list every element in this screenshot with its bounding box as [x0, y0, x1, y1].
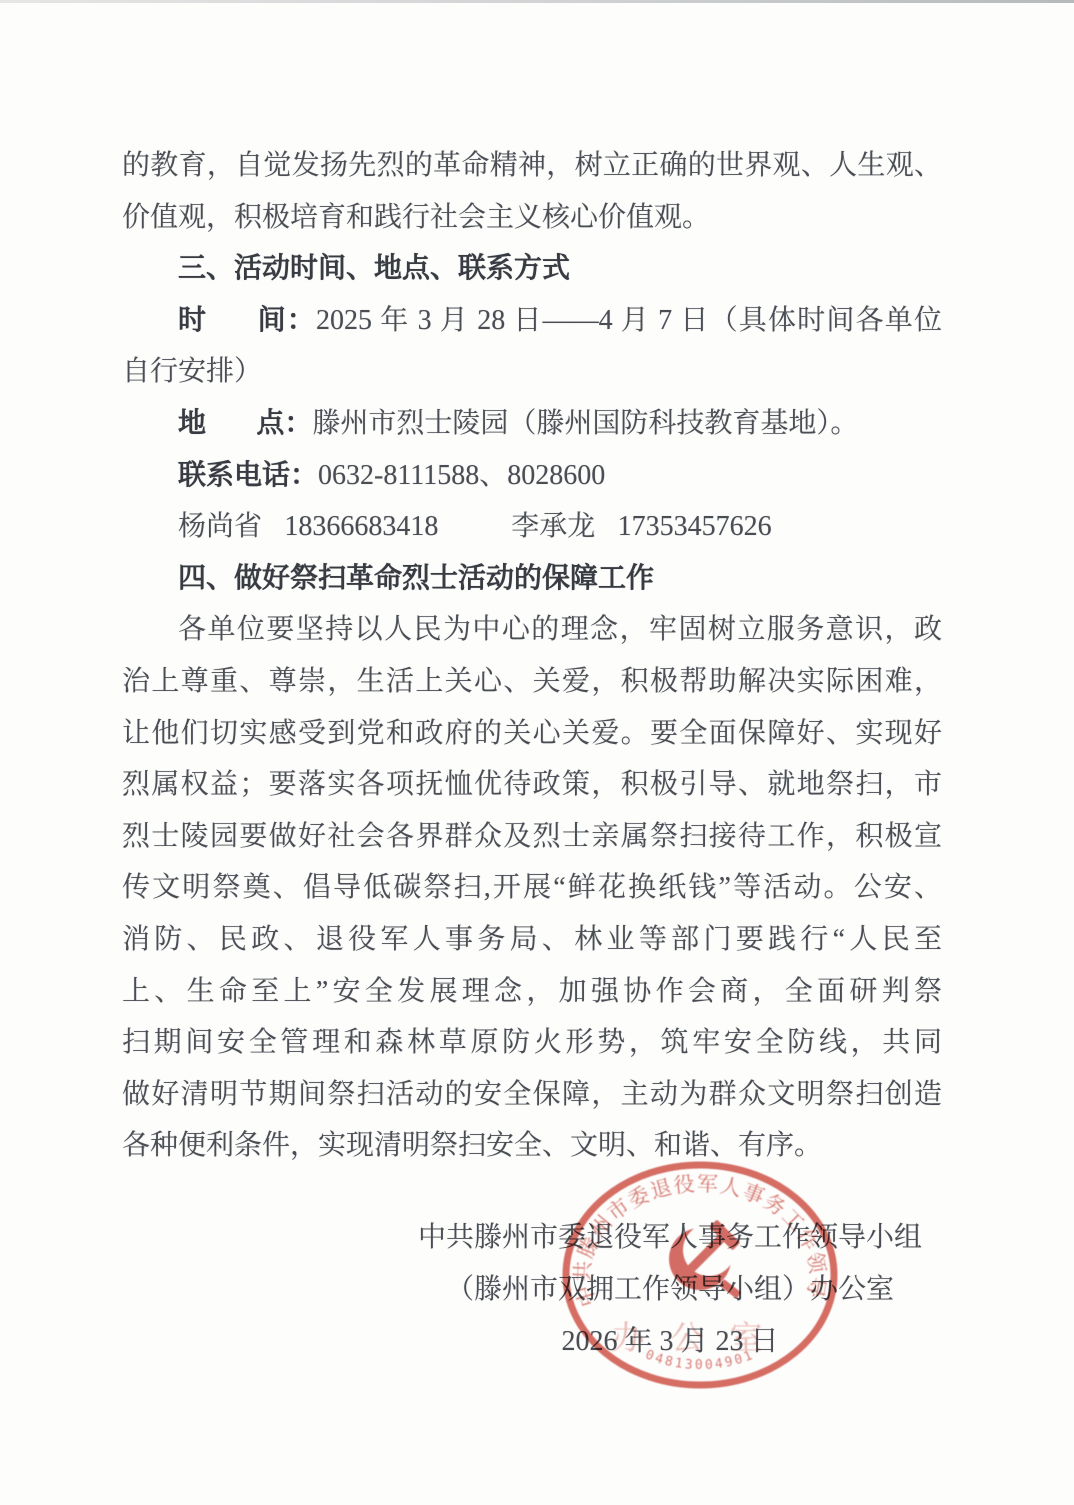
- document-line: 杨尚省18366683418李承龙17353457626: [122, 501, 942, 553]
- official-seal: 中共滕州市委退役军人事务工作领导小组 办公室 04813004901: [558, 1157, 842, 1393]
- text-run: 点：: [256, 408, 312, 439]
- text-run: 的教育，自觉发扬先烈的革命精神，树立正确的世界观、人生观、: [122, 150, 942, 181]
- document-line: 消防、民政、退役军人事务局、林业等部门要践行“人民至: [122, 914, 942, 966]
- document-line: 价值观，积极培育和践行社会主义核心价值观。: [122, 192, 942, 244]
- document-line: 时间：2025 年 3 月 28 日——4 月 7 日（具体时间各单位: [122, 295, 942, 347]
- text-run: 杨尚省: [178, 511, 262, 542]
- text-run: 扫期间安全管理和森林草原防火形势，筑牢安全防线，共同: [122, 1027, 942, 1058]
- document-line: 地点：滕州市烈士陵园（滕州国防科技教育基地）。: [122, 398, 942, 450]
- document-line: 烈属权益；要落实各项抚恤优待政策，积极引导、就地祭扫，市: [122, 759, 942, 811]
- document-line: 联系电话：0632-8111588、8028600: [122, 450, 942, 502]
- text-run: 烈士陵园要做好社会各界群众及烈士亲属祭扫接待工作，积极宣: [122, 821, 942, 852]
- text-run: 上、生命至上”安全发展理念，加强协作会商，全面研判祭: [122, 976, 942, 1007]
- document-line: 烈士陵园要做好社会各界群众及烈士亲属祭扫接待工作，积极宣: [122, 811, 942, 863]
- document-line: 三、活动时间、地点、联系方式: [122, 243, 942, 295]
- text-run: 四、做好祭扫革命烈士活动的保障工作: [178, 563, 654, 594]
- text-run: 0632-8111588、8028600: [318, 460, 605, 491]
- document-line: 自行安排）: [122, 346, 942, 398]
- document-line: 扫期间安全管理和森林草原防火形势，筑牢安全防线，共同: [122, 1017, 942, 1069]
- text-run: 地: [178, 408, 206, 439]
- text-run: 2025 年 3 月 28 日——4 月 7 日（具体时间各单位: [316, 305, 942, 336]
- text-run: 联系电话：: [178, 460, 318, 491]
- text-run: 18366683418: [284, 511, 438, 542]
- text-run: 时: [178, 305, 207, 336]
- document-line: 传文明祭奠、倡导低碳祭扫,开展“鲜花换纸钱”等活动。公安、: [122, 862, 942, 914]
- document-line: 做好清明节期间祭扫活动的安全保障，主动为群众文明祭扫创造: [122, 1069, 942, 1121]
- text-run: 做好清明节期间祭扫活动的安全保障，主动为群众文明祭扫创造: [122, 1079, 942, 1110]
- seal-office-text: 办公室: [612, 1320, 789, 1357]
- text-run: 三、活动时间、地点、联系方式: [178, 253, 570, 284]
- text-run: 间：: [258, 305, 316, 336]
- document-line: 上、生命至上”安全发展理念，加强协作会商，全面研判祭: [122, 966, 942, 1018]
- text-run: 治上尊重、尊崇，生活上关心、关爱，积极帮助解决实际困难，: [122, 666, 942, 697]
- text-run: 各单位要坚持以人民为中心的理念，牢固树立服务意识，政: [178, 614, 942, 645]
- text-run: 价值观，积极培育和践行社会主义核心价值观。: [122, 202, 710, 233]
- document-line: 治上尊重、尊崇，生活上关心、关爱，积极帮助解决实际困难，: [122, 656, 942, 708]
- text-run: 滕州市烈士陵园（滕州国防科技教育基地）。: [312, 408, 858, 439]
- text-run: 消防、民政、退役军人事务局、林业等部门要践行“人民至: [122, 924, 942, 955]
- document-line: 的教育，自觉发扬先烈的革命精神，树立正确的世界观、人生观、: [122, 140, 942, 192]
- document-body: 的教育，自觉发扬先烈的革命精神，树立正确的世界观、人生观、价值观，积极培育和践行…: [122, 140, 942, 1172]
- text-run: 自行安排）: [122, 356, 262, 387]
- text-run: 传文明祭奠、倡导低碳祭扫,开展“鲜花换纸钱”等活动。公安、: [122, 872, 942, 903]
- text-run: 李承龙: [511, 511, 595, 542]
- text-run: 烈属权益；要落实各项抚恤优待政策，积极引导、就地祭扫，市: [122, 769, 942, 800]
- scan-edge-artifact: [0, 0, 1074, 3]
- document-line: 让他们切实感受到党和政府的关心关爱。要全面保障好、实现好: [122, 708, 942, 760]
- text-run: 让他们切实感受到党和政府的关心关爱。要全面保障好、实现好: [122, 718, 942, 749]
- party-emblem-icon: [663, 1219, 741, 1298]
- document-line: 各单位要坚持以人民为中心的理念，牢固树立服务意识，政: [122, 604, 942, 656]
- text-run: 17353457626: [618, 511, 772, 542]
- document-line: 四、做好祭扫革命烈士活动的保障工作: [122, 553, 942, 605]
